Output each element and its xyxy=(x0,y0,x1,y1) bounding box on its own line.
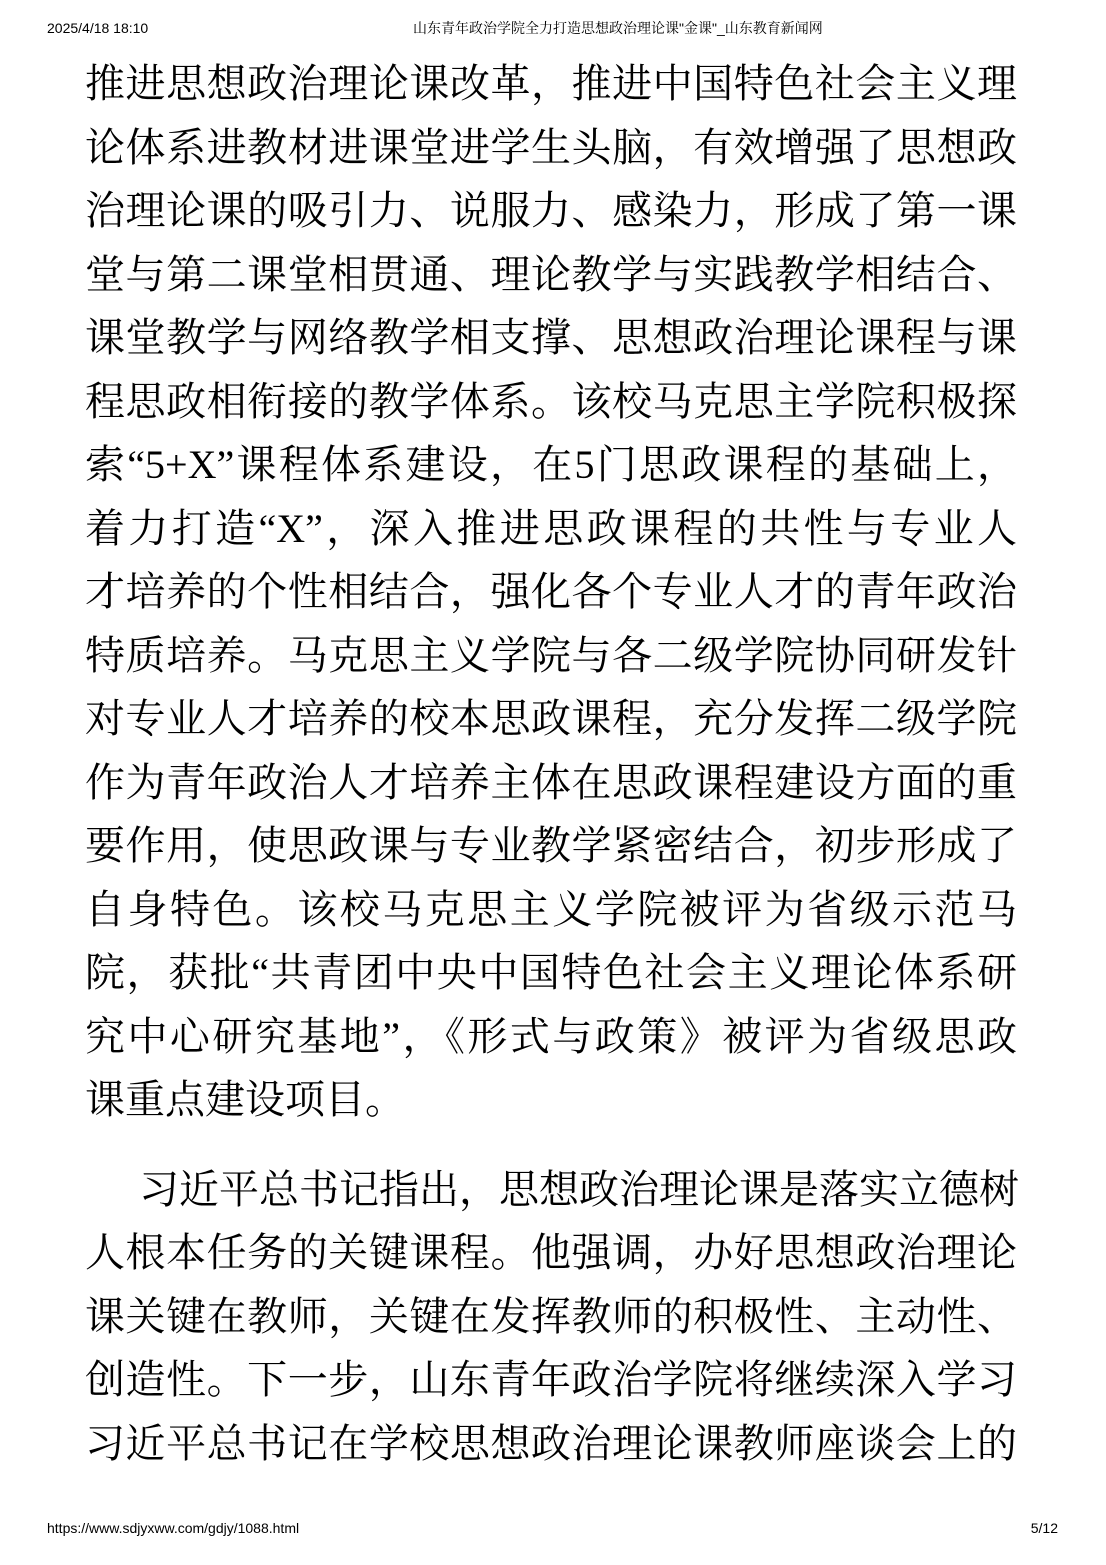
text-line: 创造性。下一步，山东青年政治学院将继续深入学习 xyxy=(85,1348,1017,1412)
text-line: 人根本任务的关键课程。他强调，办好思想政治理论 xyxy=(85,1221,1017,1285)
text-line: 究中心研究基地”，《形式与政策》被评为省级思政 xyxy=(85,1005,1017,1069)
print-footer: https://www.sdjyxww.com/gdjy/1088.html 5… xyxy=(0,1518,1106,1540)
text-line: 堂与第二课堂相贯通、理论教学与实践教学相结合、 xyxy=(85,243,1017,307)
article-body: 推进思想政治理论课改革，推进中国特色社会主义理 论体系进教材进课堂进学生头脑，有… xyxy=(85,52,1017,1475)
print-header: 2025/4/18 18:10 山东青年政治学院全力打造思想政治理论课"金课"_… xyxy=(0,18,1106,40)
page-url: https://www.sdjyxww.com/gdjy/1088.html xyxy=(47,1518,299,1538)
paragraph: 推进思想政治理论课改革，推进中国特色社会主义理 论体系进教材进课堂进学生头脑，有… xyxy=(85,52,1017,1132)
text-line: 索“5+X”课程体系建设，在5门思政课程的基础上， xyxy=(85,433,1017,497)
page-number-indicator: 5/12 xyxy=(1031,1518,1058,1538)
text-line: 治理论课的吸引力、说服力、感染力，形成了第一课 xyxy=(85,179,1017,243)
text-line: 作为青年政治人才培养主体在思政课程建设方面的重 xyxy=(85,751,1017,815)
text-line: 对专业人才培养的校本思政课程，充分发挥二级学院 xyxy=(85,687,1017,751)
text-line: 程思政相衔接的教学体系。该校马克思主学院积极探 xyxy=(85,370,1017,434)
text-line: 推进思想政治理论课改革，推进中国特色社会主义理 xyxy=(85,52,1017,116)
text-line: 着力打造“X”，深入推进思政课程的共性与专业人 xyxy=(85,497,1017,561)
text-line: 习近平总书记指出，思想政治理论课是落实立德树 xyxy=(85,1158,1017,1222)
text-line: 论体系进教材进课堂进学生头脑，有效增强了思想政 xyxy=(85,116,1017,180)
document-title: 山东青年政治学院全力打造思想政治理论课"金课"_山东教育新闻网 xyxy=(413,18,823,38)
text-line: 习近平总书记在学校思想政治理论课教师座谈会上的 xyxy=(85,1412,1017,1476)
text-line: 要作用，使思政课与专业教学紧密结合，初步形成了 xyxy=(85,814,1017,878)
text-line: 课重点建设项目。 xyxy=(85,1068,1017,1132)
text-line: 课关键在教师，关键在发挥教师的积极性、主动性、 xyxy=(85,1285,1017,1349)
print-datetime: 2025/4/18 18:10 xyxy=(47,18,148,38)
text-line: 特质培养。马克思主义学院与各二级学院协同研发针 xyxy=(85,624,1017,688)
text-line: 课堂教学与网络教学相支撑、思想政治理论课程与课 xyxy=(85,306,1017,370)
paragraph: 习近平总书记指出，思想政治理论课是落实立德树 人根本任务的关键课程。他强调，办好… xyxy=(85,1158,1017,1476)
text-line: 院，获批“共青团中央中国特色社会主义理论体系研 xyxy=(85,941,1017,1005)
print-preview-page: 2025/4/18 18:10 山东青年政治学院全力打造思想政治理论课"金课"_… xyxy=(0,0,1106,1565)
text-line: 才培养的个性相结合，强化各个专业人才的青年政治 xyxy=(85,560,1017,624)
text-line: 自身特色。该校马克思主义学院被评为省级示范马 xyxy=(85,878,1017,942)
